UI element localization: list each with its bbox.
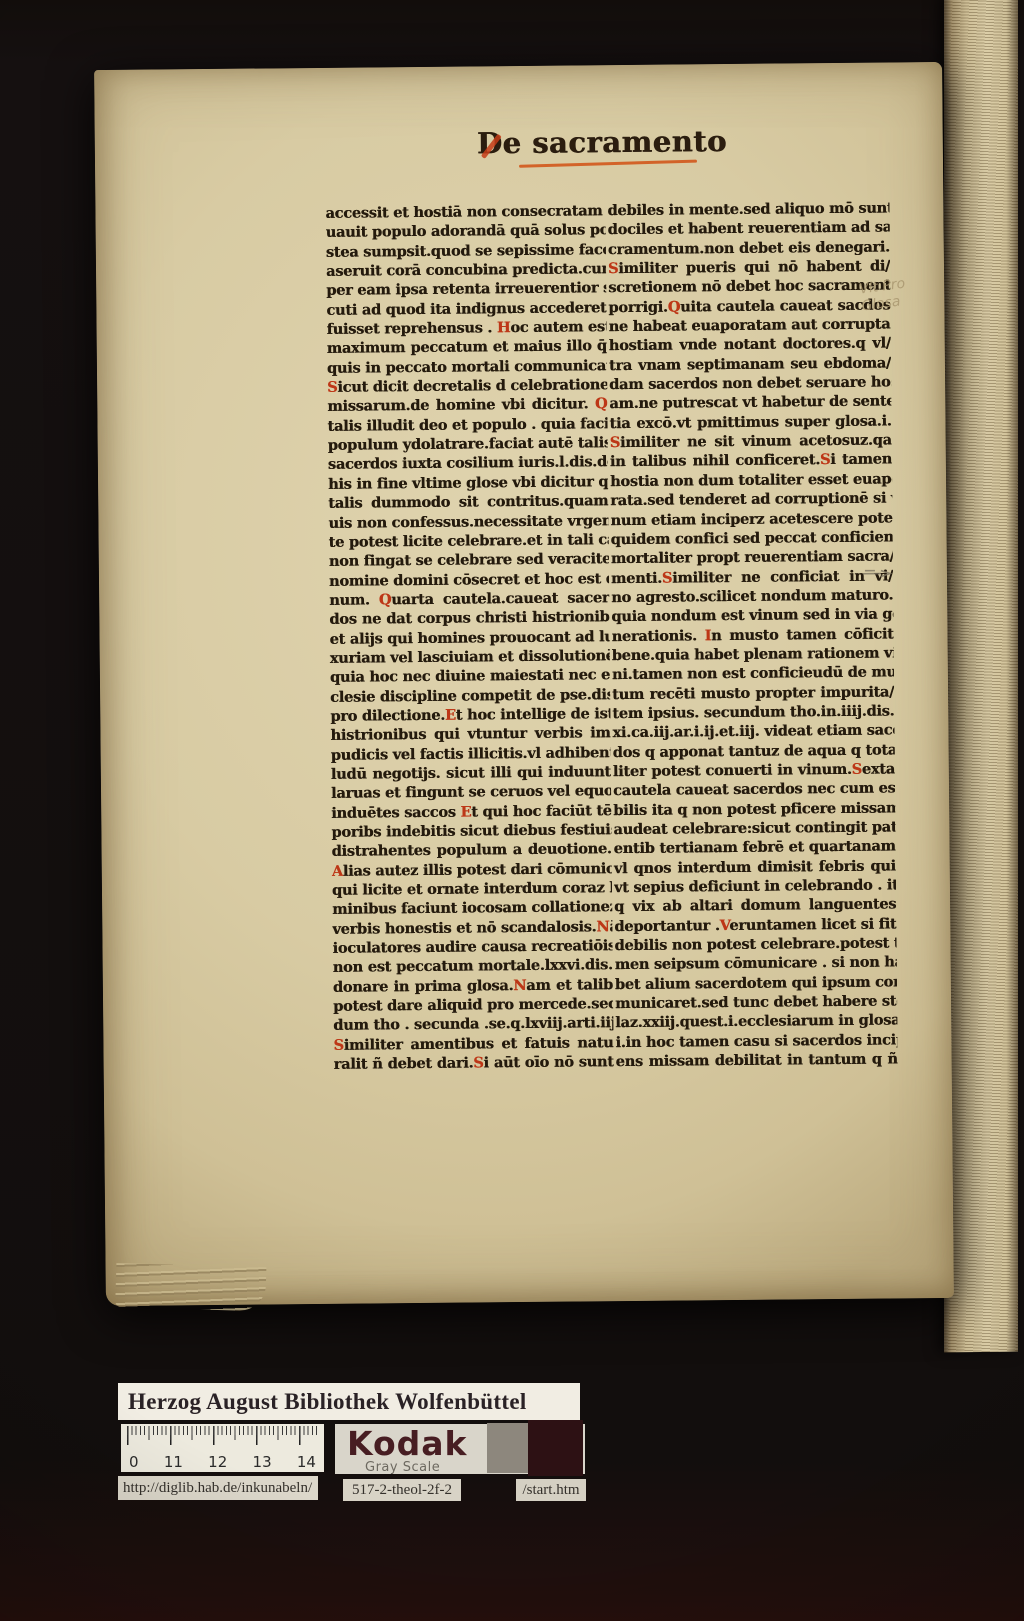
text-line: cautela caueat sacerdos nec cum est d [613, 779, 895, 801]
text-line: induētes saccos Et qui hoc faciūt tē/ [331, 801, 611, 823]
text-line: xi.ca.iij.ar.i.ij.et.iij. videat etiam s… [612, 721, 894, 743]
shelfmark-chip: 517-2-theol-2f-2 [343, 1479, 461, 1501]
text-column-right: debiles in mente.sed aliquo mō suntdocil… [607, 198, 897, 1077]
ruler-tick-label: 0 [129, 1453, 139, 1471]
ruler-tick-label: 12 [208, 1453, 227, 1471]
text-line: clesie discipline competit de pse.dis.ij [330, 685, 610, 707]
text-line: cuti ad quod ita indignus accederet [326, 298, 606, 320]
base-url-text: http://diglib.hab.de/inkunabeln/ [123, 1480, 312, 1497]
text-line: quis in peccato mortali communicat [327, 356, 607, 378]
text-line: cramentum.non debet eis denegari. [608, 237, 890, 259]
text-line: laruas et fingunt se ceruos vel equos [331, 781, 611, 803]
text-line: minibus faciunt iocosam collationez [332, 898, 612, 920]
text-line: dociles et habent reuerentiam ad sa/ [608, 218, 890, 240]
ruler-tick-label: 14 [297, 1453, 316, 1471]
start-link-chip: /start.htm [516, 1479, 586, 1501]
text-line: his in fine vltime glose vbi dicitur q [328, 472, 608, 494]
text-line: am.ne putrescat vt habetur de senten [609, 392, 891, 414]
text-line: hostia non dum totaliter esset euapo/ [610, 469, 892, 491]
text-line: per eam ipsa retenta irreuerentior si [326, 279, 606, 301]
running-title: De sacramento [477, 124, 717, 170]
text-line: Similiter pueris qui nō habent di/ [608, 256, 890, 278]
text-line: liter potest conuerti in vinum.Sexta [613, 759, 895, 781]
text-line: dos q apponat tantuz de aqua q tota/ [613, 740, 895, 762]
text-line: qui licite et ornate interdum coraz ho [332, 878, 612, 900]
text-line: hostiam vnde notant doctores.q vl/ [609, 334, 891, 356]
text-line: Sicut dicit decretalis d celebratione [327, 375, 607, 397]
manuscript-page: De sacramento accessit et hostiā non con… [94, 62, 954, 1306]
text-line: bilis ita q non potest pficere missam [613, 798, 895, 820]
text-line: fuisset reprehensus . Hoc autem est [326, 317, 606, 339]
text-line: ni.tamen non est conficieudū de mul [612, 663, 894, 685]
text-line: xuriam vel lasciuiam et dissolutionē [330, 646, 610, 668]
text-line: debiles in mente.sed aliquo mō sunt [607, 198, 889, 220]
text-line: men seipsum cōmunicare . si non ha [615, 953, 897, 975]
text-line: uis non confessus.necessitate vrgen/ [328, 511, 608, 533]
text-line: tum recēti musto propter impurita/ [612, 682, 894, 704]
text-line: stea sumpsit.quod se sepissime facere [326, 240, 606, 262]
text-column-left: accessit et hostiā non consecratam ele/u… [325, 201, 613, 1080]
text-line: bene.quia habet plenam rationem vi [612, 643, 894, 665]
start-link-text: /start.htm [522, 1482, 579, 1499]
text-line: donare in prima glosa.Nam et talib [333, 975, 613, 997]
running-title-text: De sacramento [477, 124, 727, 160]
text-line: ludū negotijs. sicut illi qui induunt [331, 762, 611, 784]
library-name: Herzog August Bibliothek Wolfenbüttel [128, 1389, 527, 1415]
text-line: Similiter amentibus et fatuis natu [333, 1033, 613, 1055]
text-line: rata.sed tenderet ad corruptionē si vi [610, 489, 892, 511]
text-line: ioculatores audire causa recreatiōis [332, 936, 612, 958]
ruler-tick-label: 13 [253, 1453, 272, 1471]
text-line: pudicis vel factis illicitis.vl adhibent [331, 743, 611, 765]
text-line: non est peccatum mortale.lxxvi.dis. [333, 956, 613, 978]
kodak-subtitle: Gray Scale [365, 1460, 440, 1475]
gray-scale-patch-dark [528, 1420, 583, 1476]
text-line: ne habeat euaporatam aut corruptaz [608, 315, 890, 337]
text-line: nomine domini cōsecret et hoc est dig [329, 569, 609, 591]
text-line: poribs indebitis sicut diebus festiuis [331, 820, 611, 842]
ruler-numbers: 0 11 12 13 14 [123, 1453, 322, 1471]
text-line: audeat celebrare:sicut contingit pati [613, 817, 895, 839]
text-line: entib tertianam febrē et quartanam [613, 837, 895, 859]
text-line: tia excō.vt pmittimus super glosa.i. [609, 411, 891, 433]
text-line: histrionibus qui vtuntur verbis im [330, 723, 610, 745]
text-line: pro dilectione.Et hoc intellige de istis [330, 704, 610, 726]
text-line: Similiter ne sit vinum acetosuz.qa [610, 431, 892, 453]
text-line: porrigi.Quita cautela caueat sacdos [608, 295, 890, 317]
text-line: uauit populo adorandā quā solus po [326, 221, 606, 243]
scan-canvas: De sacramento accessit et hostiā non con… [0, 0, 1024, 1621]
text-line: et alijs qui homines prouocant ad lu [329, 627, 609, 649]
text-line: vt sepius deficiunt in celebrando . ita [614, 875, 896, 897]
text-line: distrahentes populum a deuotione. [332, 840, 612, 862]
text-line: dos ne dat corpus christi histrionib [329, 607, 609, 629]
text-line: debilis non potest celebrare.potest ta/ [614, 933, 896, 955]
text-line: municaret.sed tunc debet habere sto/ [615, 992, 897, 1014]
text-line: Alias autez illis potest dari cōmunio [332, 859, 612, 881]
text-line: ralit ñ debet dari.Si aūt oīo nō sunt [334, 1052, 614, 1074]
ruler-scale: 0 11 12 13 14 [121, 1424, 324, 1472]
shelfmark-text: 517-2-theol-2f-2 [352, 1482, 452, 1499]
text-line: missarum.de homine vbi dicitur. Q [327, 395, 607, 417]
base-url-strip: http://diglib.hab.de/inkunabeln/ [118, 1476, 318, 1500]
text-line: laz.xxiij.quest.i.ecclesiarum in glosa. [615, 1011, 897, 1033]
text-line: talis illudit deo et populo . quia facit [327, 414, 607, 436]
library-label: Herzog August Bibliothek Wolfenbüttel [118, 1383, 580, 1420]
margin-manicule-mark [861, 566, 893, 580]
text-line: quidem confici sed peccat conficiens [611, 527, 893, 549]
text-line: menti.Similiter ne conficiat in vi/ [611, 566, 893, 588]
text-line: quia hoc nec diuine maiestati nec ec/ [330, 665, 610, 687]
text-line: verbis honestis et nō scandalosis.Nā [332, 917, 612, 939]
text-line: talis dummodo sit contritus.quam [328, 491, 608, 513]
text-line: te potest licite celebrare.et in tali ca… [329, 530, 609, 552]
text-line: in talibus nihil conficeret.Si tamen [610, 450, 892, 472]
book-fore-edge-pages [944, 0, 1018, 1352]
text-line: scretionem nō debet hoc sacramentuz [608, 276, 890, 298]
text-line: q vix ab altari domum languentes [614, 895, 896, 917]
text-line: dum tho . secunda .se.q.lxviij.arti.iij. [333, 1014, 613, 1036]
text-line: sacerdos iuxta cosilium iuris.l.dis.de [328, 453, 608, 475]
text-line: quia nondum est vinum sed in via ge [611, 605, 893, 627]
text-line: num. Quarta cautela.caueat sacer [329, 588, 609, 610]
text-line: aseruit corā concubina predicta.cum [326, 259, 606, 281]
text-line: maximum peccatum et maius illo q̄ [327, 337, 607, 359]
text-line: bet alium sacerdotem qui ipsum com [615, 972, 897, 994]
ruler-ticks-minor [127, 1426, 320, 1435]
rubric-underline [519, 160, 697, 168]
text-line: nerationis. In musto tamen cōficit [611, 624, 893, 646]
text-line: num etiam inciperz acetescere potest [610, 508, 892, 530]
text-line: deportantur .Veruntamen licet si fit [614, 914, 896, 936]
handwritten-marginal-note: Vlt Pro Glosa [858, 276, 908, 316]
page-corner-stack [115, 1263, 266, 1311]
text-line: populum ydolatrare.faciat autē talis [328, 433, 608, 455]
text-line: vl qnos interdum dimisit febris qui [614, 856, 896, 878]
text-line: ens missam debilitat in tantum q ñ [616, 1050, 898, 1072]
text-line: i.in hoc tamen casu si sacerdos incipi [615, 1030, 897, 1052]
ruler-tick-label: 11 [164, 1453, 183, 1471]
gray-scale-patch-gray [487, 1423, 528, 1473]
text-line: non fingat se celebrare sed veraciter ī [329, 549, 609, 571]
kodak-logo: Kodak [347, 1424, 468, 1463]
text-line: no agresto.scilicet nondum maturo. [611, 585, 893, 607]
text-line: potest dare aliquid pro mercede.secū [333, 994, 613, 1016]
text-line: mortaliter propt reuerentiam sacra/ [611, 547, 893, 569]
text-line: accessit et hostiā non consecratam ele/ [325, 201, 605, 223]
